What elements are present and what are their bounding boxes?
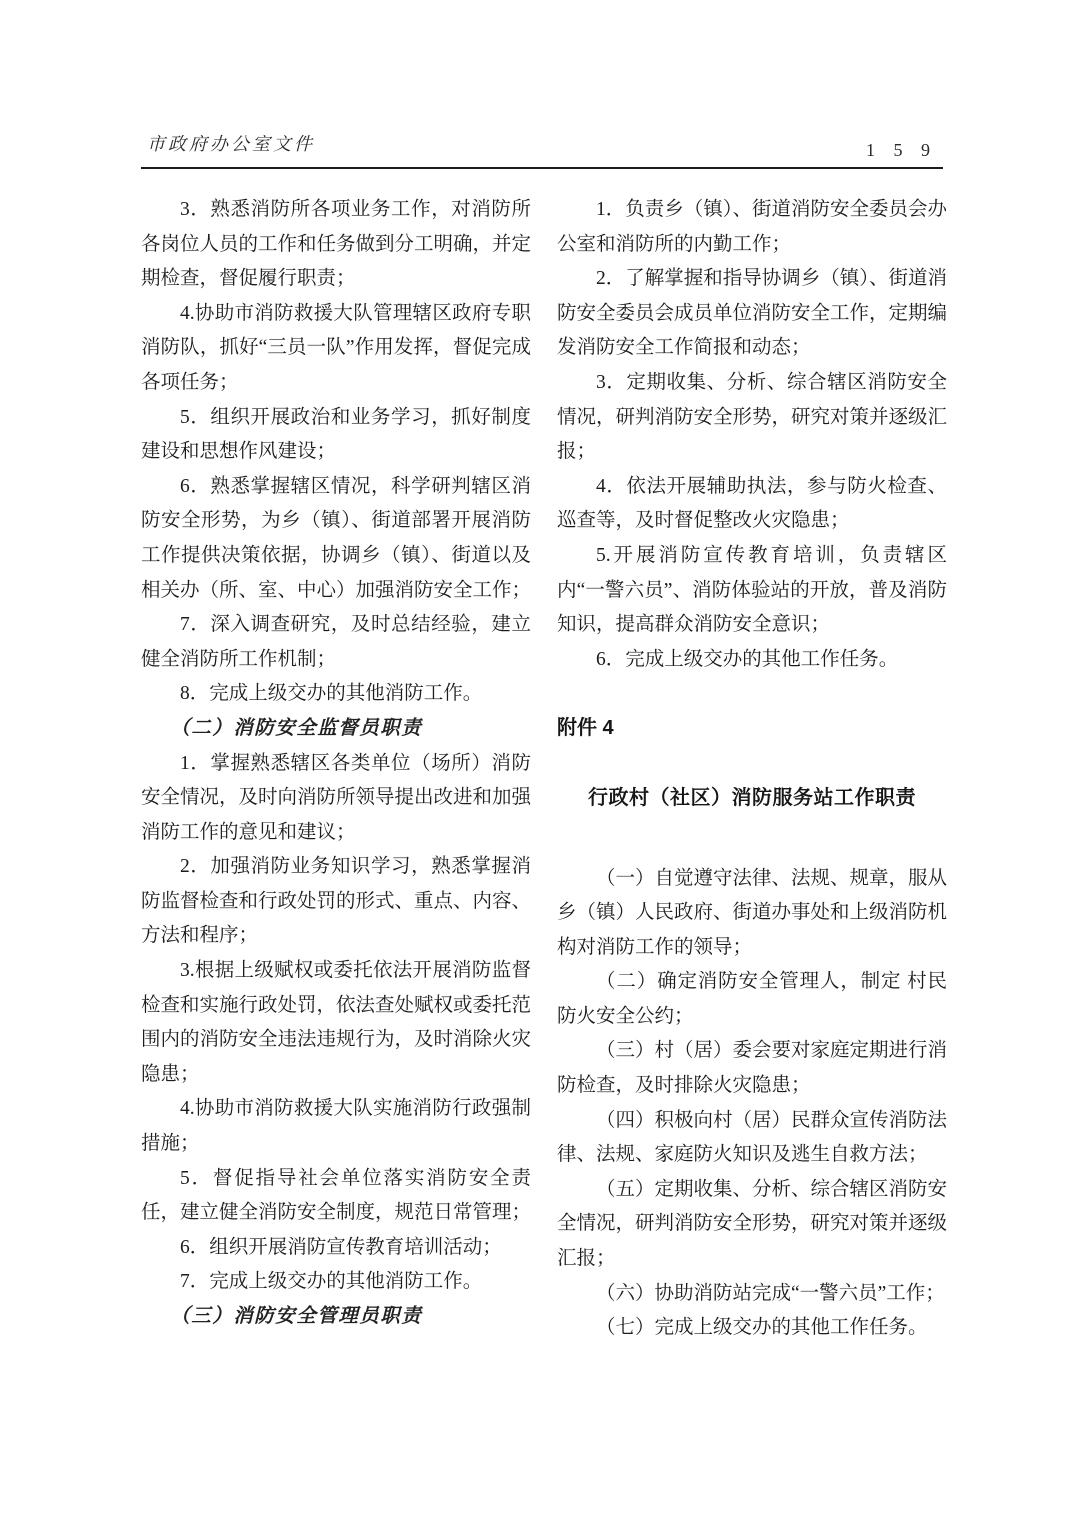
header-title: 市政府办公室文件 (147, 130, 315, 156)
paragraph: 4．依法开展辅助执法，参与防火检查、巡查等，及时督促整改火灾隐患； (557, 470, 947, 539)
paragraph: 2．加强消防业务知识学习，熟悉掌握消防监督检查和行政处罚的形式、重点、内容、方法… (141, 850, 531, 954)
section-subheading: （二）消防安全监督员职责 (141, 712, 531, 747)
paragraph: 1．掌握熟悉辖区各类单位（场所）消防安全情况，及时向消防所领导提出改进和加强消防… (141, 747, 531, 851)
paragraph: （三）村（居）委会要对家庭定期进行消防检查，及时排除火灾隐患； (557, 1034, 947, 1103)
paragraph: （二）确定消防安全管理人，制定 村民防火安全公约； (557, 965, 947, 1034)
page-number: 1 5 9 (866, 140, 937, 161)
paragraph: 3．定期收集、分析、综合辖区消防安全情况，研判消防安全形势，研究对策并逐级汇报； (557, 366, 947, 470)
paragraph: 1．负责乡（镇）、街道消防安全委员会办公室和消防所的内勤工作； (557, 193, 947, 262)
paragraph: 2．了解掌握和指导协调乡（镇）、街道消防安全委员会成员单位消防安全工作，定期编发… (557, 262, 947, 366)
running-header: 市政府办公室文件 1 5 9 (141, 128, 943, 170)
paragraph: 7．完成上级交办的其他消防工作。 (141, 1265, 531, 1300)
document-page: 市政府办公室文件 1 5 9 3．熟悉消防所各项业务工作，对消防所各岗位人员的工… (0, 0, 1074, 1520)
header-rule (141, 167, 943, 169)
paragraph: （一）自觉遵守法律、法规、规章，服从乡（镇）人民政府、街道办事处和上级消防机构对… (557, 862, 947, 966)
section-subheading: （三）消防安全管理员职责 (141, 1300, 531, 1335)
paragraph: 6．完成上级交办的其他工作任务。 (557, 643, 947, 678)
paragraph: 4.协助市消防救援大队实施消防行政强制措施； (141, 1092, 531, 1161)
paragraph: 6．熟悉掌握辖区情况，科学研判辖区消防安全形势，为乡（镇）、街道部署开展消防工作… (141, 470, 531, 608)
paragraph: （六）协助消防站完成“一警六员”工作； (557, 1277, 947, 1312)
left-column: 3．熟悉消防所各项业务工作，对消防所各岗位人员的工作和任务做到分工明确，并定期检… (141, 193, 531, 1346)
paragraph: 3．熟悉消防所各项业务工作，对消防所各岗位人员的工作和任务做到分工明确，并定期检… (141, 193, 531, 297)
document-body: 3．熟悉消防所各项业务工作，对消防所各岗位人员的工作和任务做到分工明确，并定期检… (141, 193, 947, 1346)
paragraph: （四）积极向村（居）民群众宣传消防法律、法规、家庭防火知识及逃生自救方法； (557, 1104, 947, 1173)
paragraph: 5．组织开展政治和业务学习，抓好制度建设和思想作风建设； (141, 401, 531, 470)
paragraph: （五）定期收集、分析、综合辖区消防安全情况，研判消防安全形势，研究对策并逐级汇报… (557, 1173, 947, 1277)
paragraph: 6．组织开展消防宣传教育培训活动； (141, 1231, 531, 1266)
paragraph: 5.开展消防宣传教育培训，负责辖区内“一警六员”、消防体验站的开放，普及消防知识… (557, 539, 947, 643)
paragraph: 5．督促指导社会单位落实消防安全责任，建立健全消防安全制度，规范日常管理； (141, 1162, 531, 1231)
paragraph: 3.根据上级赋权或委托依法开展消防监督检查和实施行政处罚，依法查处赋权或委托范围… (141, 954, 531, 1092)
paragraph: 8．完成上级交办的其他消防工作。 (141, 677, 531, 712)
right-column: 1．负责乡（镇）、街道消防安全委员会办公室和消防所的内勤工作； 2．了解掌握和指… (557, 193, 947, 1346)
paragraph: （七）完成上级交办的其他工作任务。 (557, 1311, 947, 1346)
paragraph: 4.协助市消防救援大队管理辖区政府专职消防队，抓好“三员一队”作用发挥，督促完成… (141, 297, 531, 401)
attachment-label: 附件 4 (557, 711, 947, 746)
paragraph: 7．深入调查研究，及时总结经验，建立健全消防所工作机制； (141, 608, 531, 677)
attachment-title: 行政村（社区）消防服务站工作职责 (557, 781, 947, 816)
